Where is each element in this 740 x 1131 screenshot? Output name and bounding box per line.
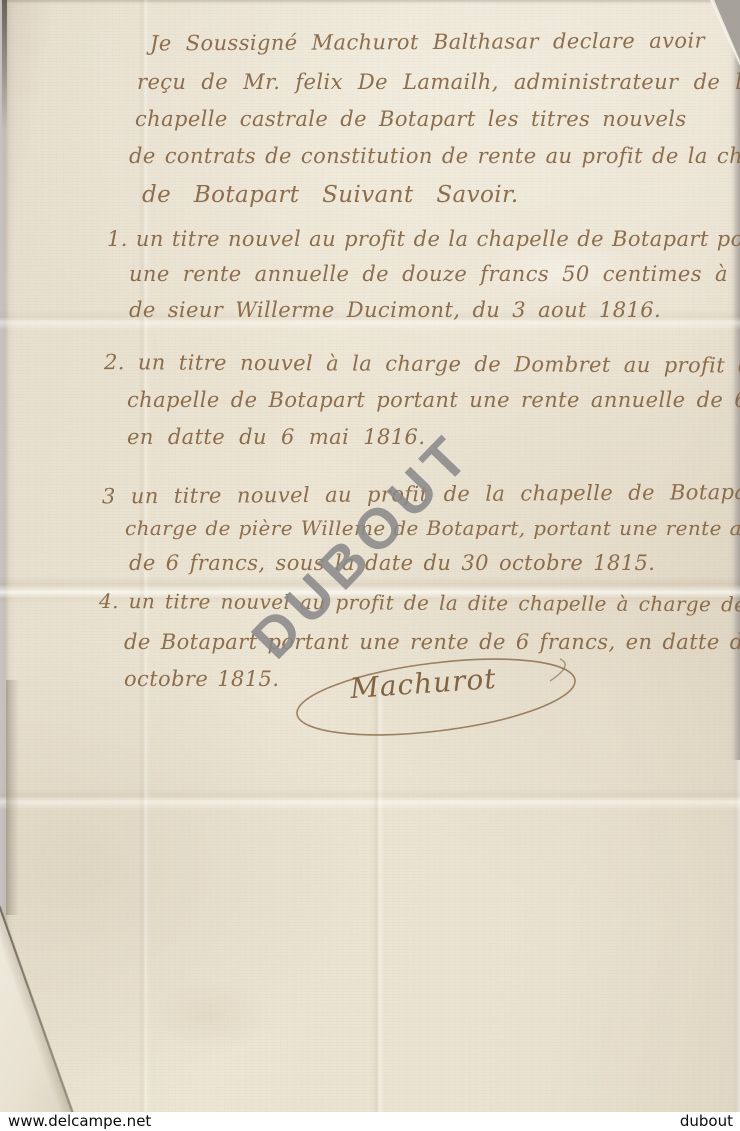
seller-watermark-text: dubout	[680, 1113, 733, 1130]
manuscript-line: octobre 1815.	[124, 667, 279, 691]
manuscript-line: de Botapart Suivant Savoir.	[142, 182, 519, 208]
paper-edge-left-lower	[6, 680, 24, 915]
watermark-bar: www.delcampe.net dubout	[0, 1112, 740, 1131]
manuscript-line: en datte du 6 mai 1816.	[127, 425, 425, 449]
manuscript-line: une rente annuelle de douze francs 50 ce…	[129, 262, 740, 286]
manuscript-line: reçu de Mr. felix De Lamailh, administra…	[137, 70, 740, 94]
paper-edge-left-shadow	[2, 0, 7, 130]
signature-block: Machurot	[288, 645, 588, 745]
manuscript-line: chapelle de Botapart portant une rente a…	[127, 388, 740, 412]
manuscript-line: chapelle castrale de Botapart les titres…	[135, 107, 687, 131]
paper-edge-top	[0, 0, 740, 4]
manuscript-line: 1. un titre nouvel au profit de la chape…	[107, 227, 740, 251]
manuscript-line: de contrats de constitution de rente au …	[129, 144, 740, 168]
site-watermark-text: www.delcampe.net	[8, 1113, 151, 1130]
manuscript-line: 2. un titre nouvel à la charge de Dombre…	[104, 350, 740, 378]
scanned-manuscript: Je Soussigné Machurot Balthasar declare …	[0, 0, 740, 1131]
paper-stain	[150, 980, 270, 1050]
horizontal-fold-crease	[0, 788, 740, 810]
paper-edge-right-lower	[732, 760, 740, 1112]
manuscript-line: 4. un titre nouvel au profit de la dite …	[99, 589, 740, 617]
vertical-fold-crease	[372, 690, 384, 1112]
manuscript-line: Je Soussigné Machurot Balthasar declare …	[150, 29, 705, 56]
manuscript-line: de sieur Willerme Ducimont, du 3 aout 18…	[129, 298, 661, 322]
